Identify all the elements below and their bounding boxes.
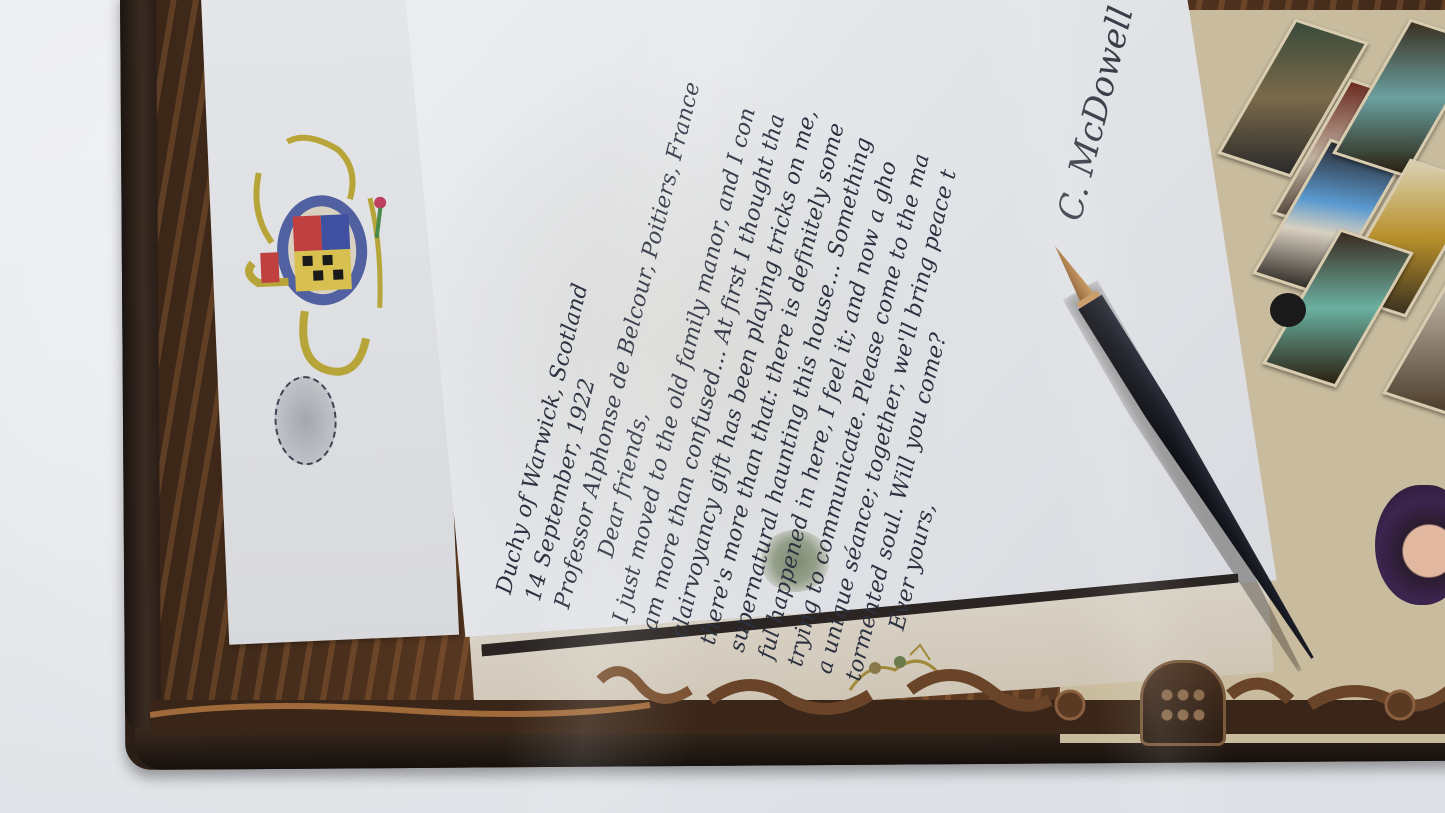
coat-of-arms-icon — [227, 127, 408, 394]
frame-shield-ornament — [1140, 660, 1226, 746]
player-pawn — [1270, 293, 1306, 327]
box-side-edge — [120, 0, 161, 730]
ornate-frame-border — [150, 660, 1445, 740]
